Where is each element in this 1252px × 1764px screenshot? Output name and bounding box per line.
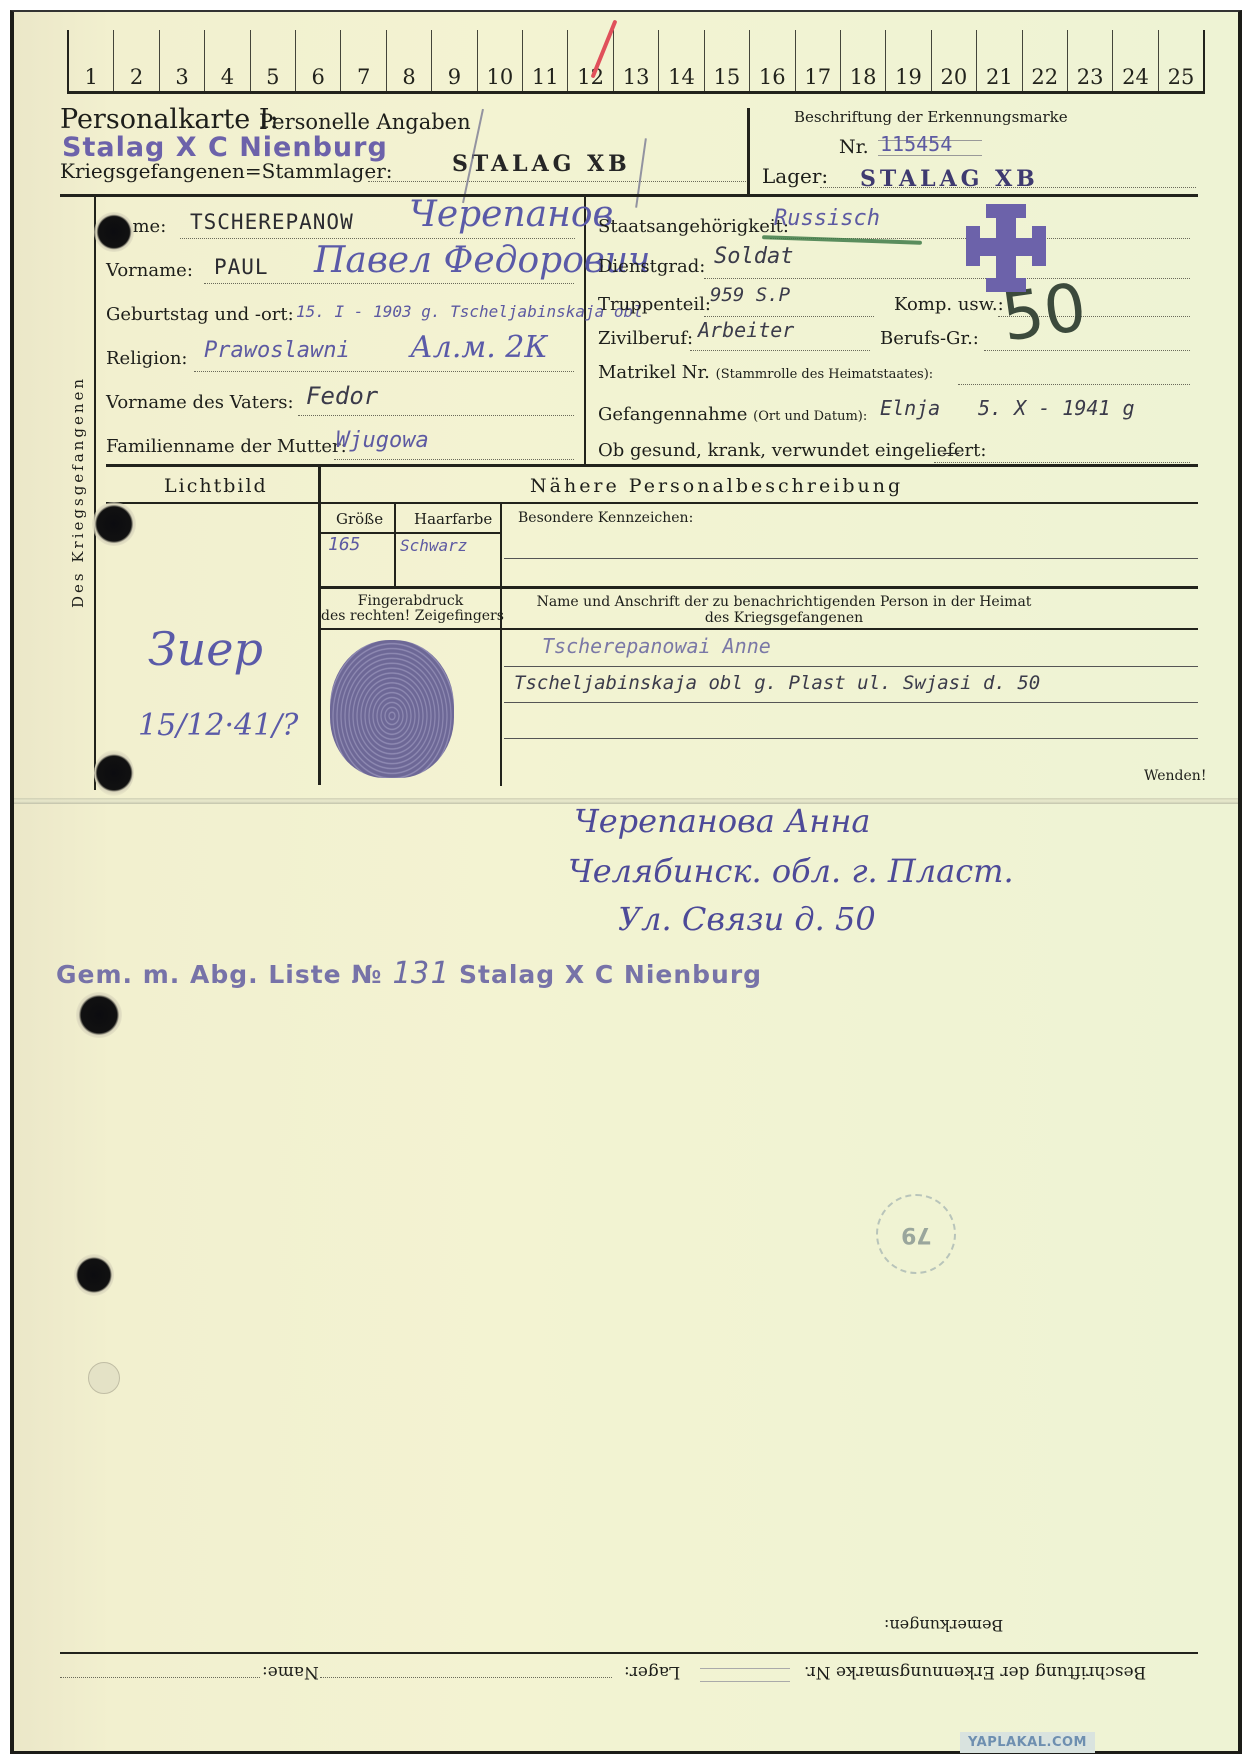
mutter-label: Familienname der Mutter: [106,436,347,457]
geburt-label: Geburtstag und -ort: [106,304,294,325]
list-stamp-text: Gem. m. Abg. Liste № [56,960,382,989]
gefangen-date: 5. X - 1941 g [978,396,1135,420]
column-number-cell: 14 [659,30,704,91]
notify-heading: Name und Anschrift der zu benachrichtige… [504,594,1064,626]
column-number-cell: 6 [296,30,341,91]
name-cyrillic: Черепанов [409,194,613,235]
fingerprint-label-line1: Fingerabdruck [321,594,500,609]
list-number: 131 [392,956,449,991]
section-rule-top [60,194,1198,197]
id-tag-lager-value: STALAG XB [860,166,1039,192]
religion-label: Religion: [106,348,188,369]
cyrillic-line-3: Ул. Связи д. 50 [618,900,876,938]
matrikel-label-text: Matrikel Nr. [598,362,710,383]
vorname-value: PAUL [214,255,269,279]
photo-divider [318,467,321,785]
vorname-label: Vorname: [106,260,193,281]
column-number-cell: 7 [341,30,386,91]
fingerprint-image [330,640,454,778]
column-number-cell: 4 [205,30,250,91]
column-number-cell: 3 [160,30,205,91]
description-col-divider [500,504,502,786]
gefangen-note: (Ort und Datum): [753,409,867,424]
section-rule-mid [106,464,1198,467]
personnel-card: 1234567891011121314151617181920212223242… [10,10,1242,1754]
vater-value: Fedor [306,382,378,410]
round-stamp-text: 79 [901,1222,932,1247]
zivilberuf-value: Arbeiter [698,318,794,342]
column-number-cell: 1 [69,30,114,91]
footer-rule [60,1652,1198,1654]
column-number-cell: 16 [750,30,795,91]
column-number-cell: 17 [796,30,841,91]
column-number-cell: 9 [432,30,477,91]
column-number-cell: 2 [114,30,159,91]
fingerprint-rule [321,586,1198,589]
gefangen-label: Gefangennahme (Ort und Datum): [598,404,867,425]
id-tag-nr-label: Nr. [839,136,869,158]
religion-note: Ал.м. 2К [410,330,548,365]
name-value: TSCHEREPANOW [190,210,354,234]
column-number-cell: 8 [387,30,432,91]
round-stamp: 79 [876,1194,956,1274]
truppenteil-label: Truppenteil: [598,294,711,315]
gefangen-label-text: Gefangennahme [598,404,747,425]
header-divider [747,108,750,194]
stammlager-value: STALAG XB [452,151,631,177]
groesse-value: 165 [328,534,361,555]
photo-date: 15/12·41/? [138,708,298,743]
footer-lager-line [320,1676,612,1678]
kennzeichen-line [504,558,1198,559]
gefangen-place: Elnja [880,396,940,420]
truppenteil-value: 959 S.P [710,284,790,306]
notify-rule-2 [504,702,1198,703]
dienstgrad-label: Dienstgrad: [598,256,705,277]
list-stamp: Gem. m. Abg. Liste № 131 Stalag X C Nien… [56,956,762,991]
id-tag-heading: Beschriftung der Erkennungsmarke [794,108,1068,126]
column-number-cell: 13 [614,30,659,91]
truppenteil-line [704,315,874,317]
komp-label: Komp. usw.: [894,294,1004,315]
footer-name: Name: [262,1662,319,1682]
mutter-line [334,458,574,460]
fingerprint-label-line2: des rechten! Zeigefingers [321,609,500,624]
haarfarbe-value: Schwarz [400,536,467,555]
haarfarbe-label: Haarfarbe [414,510,492,528]
column-number-cell: 18 [841,30,886,91]
punch-hole [76,992,122,1038]
staat-label: Staatsangehörigkeit: [598,216,789,237]
geburt-value: 15. I - 1903 g. Tscheljabinskaja obl [296,302,643,321]
column-number-cell: 21 [977,30,1022,91]
dienstgrad-line [704,277,1190,279]
side-label: Des Kriegsgefangenen [69,376,87,608]
left-panel-border [94,194,96,790]
matrikel-line [958,383,1190,385]
gesund-value: — [942,442,960,463]
wenden-label: Wenden! [1144,768,1206,784]
card-subtitle: Personelle Angaben [259,110,471,134]
punch-hole [94,212,134,252]
footer-nr-lines [700,1668,790,1682]
vater-label: Vorname des Vaters: [106,392,294,413]
staat-value: Russisch [774,206,880,231]
religion-value: Prawoslawni [204,338,350,363]
gesund-label: Ob gesund, krank, verwundet eingeliefert… [598,440,986,461]
zivilberuf-label: Zivilberuf: [598,328,693,349]
column-number-cell: 19 [886,30,931,91]
footer-beschriftung: Beschriftung der Erkennungsmarke Nr. [804,1662,1146,1682]
punch-hole-faint [88,1362,120,1394]
column-number-cell: 10 [478,30,523,91]
fingerprint-label: Fingerabdruck des rechten! Zeigefingers [321,594,500,624]
name-line [180,237,575,239]
punch-hole [74,1254,114,1296]
notify-line-2: Tscheljabinskaja obl g. Plast ul. Swjasi… [514,672,1040,694]
photo-heading-rule [106,502,318,504]
column-number-cell: 23 [1068,30,1113,91]
vorname-line [204,282,574,284]
description-heading-rule [321,502,1198,504]
photo-signature: Зиер [148,622,263,676]
watermark: YAPLAKAL.COM [960,1732,1095,1753]
gesund-line [934,461,1190,463]
column-number-cell: 15 [705,30,750,91]
groesse-label: Größe [336,510,383,528]
cross-stamp-icon [964,200,1048,296]
matrikel-label: Matrikel Nr. (Stammrolle des Heimatstaat… [598,362,933,383]
notify-rule-3 [504,738,1198,739]
column-number-cell: 24 [1113,30,1158,91]
id-tag-nr-value: 115454 [880,132,952,156]
photo-heading: Lichtbild [164,475,268,497]
notify-line-1: Tscherepanowai Anne [542,634,771,658]
stammlager-label: Kriegsgefangenen=Stammlager: [60,159,393,183]
column-number-cell: 20 [932,30,977,91]
pencil-bracket-right [635,138,647,208]
groesse-divider [394,504,396,586]
punch-hole [94,750,134,796]
column-number-cell: 22 [1023,30,1068,91]
column-number-strip: 1234567891011121314151617181920212223242… [67,30,1205,94]
notify-rule-1 [504,666,1198,667]
mutter-value: Wjugowa [336,428,429,453]
fingerprint-label-rule [321,628,1198,630]
id-tag-lager-label: Lager: [762,164,828,188]
bemerkungen-label: Bemerkungen: [884,1616,1003,1635]
side-label-wrap: Des Kriegsgefangenen [66,362,90,622]
footer-name-line [60,1676,260,1678]
card-title: Personalkarte I: [60,104,279,135]
matrikel-note: (Stammrolle des Heimatstaates): [716,367,934,382]
notify-heading-line1: Name und Anschrift der zu benachrichtige… [504,594,1064,610]
stammlager-field-line [368,180,746,182]
berufs-label: Berufs-Gr.: [880,328,979,349]
punch-hole [92,502,136,546]
column-number-cell: 11 [523,30,568,91]
footer-lager: Lager: [624,1662,680,1682]
list-stamp-camp: Stalag X C Nienburg [459,960,762,989]
zivilberuf-line [690,349,870,351]
description-heading: Nähere Personalbeschreibung [530,475,903,497]
cyrillic-line-2: Челябинск. обл. г. Пласт. [568,852,1014,890]
vater-line [298,414,574,416]
kennzeichen-label: Besondere Kennzeichen: [518,510,693,526]
notify-heading-line2: des Kriegsgefangenen [504,610,1064,626]
column-number-cell: 5 [251,30,296,91]
religion-line [194,370,574,372]
cyrillic-line-1: Черепанова Анна [574,802,870,840]
dienstgrad-value: Soldat [714,244,793,269]
column-number-cell: 25 [1159,30,1203,91]
